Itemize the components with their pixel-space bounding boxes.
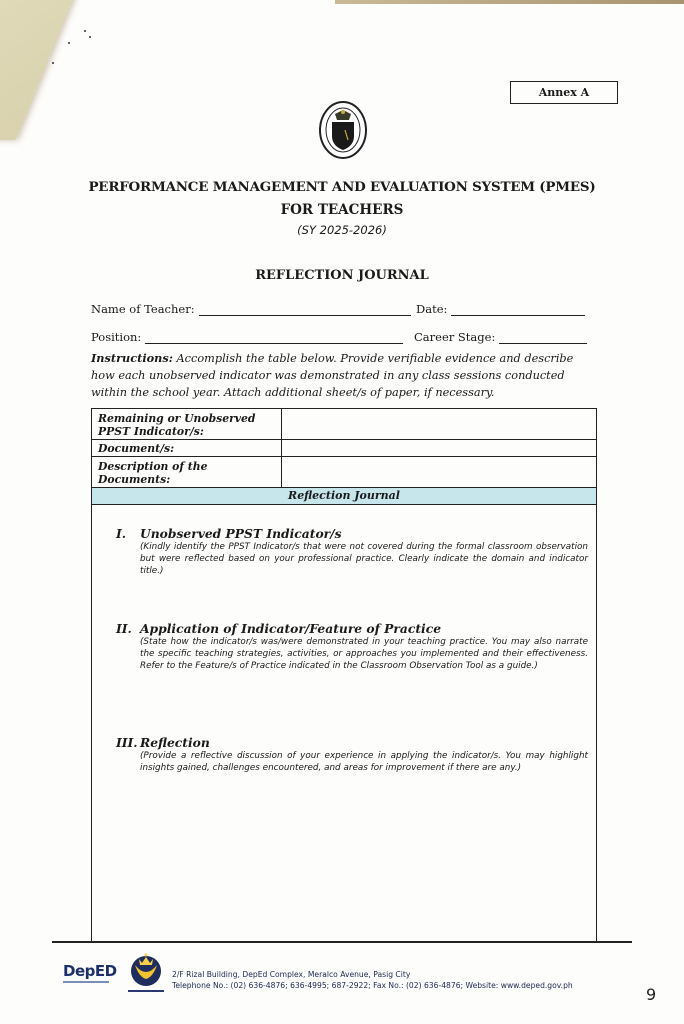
table-row: Description of the Documents:: [92, 457, 596, 488]
section-reflection[interactable]: III.Reflection (Provide a reflective dis…: [116, 736, 588, 774]
position-field[interactable]: Position:: [91, 330, 403, 344]
description-input[interactable]: [282, 457, 596, 487]
footer-divider: [52, 941, 632, 943]
name-of-teacher-input[interactable]: [199, 303, 411, 316]
career-stage-label: Career Stage:: [414, 330, 495, 344]
name-of-teacher-label: Name of Teacher:: [91, 302, 195, 316]
section-number: III.: [116, 736, 140, 750]
section-number: II.: [116, 622, 140, 636]
section-description: (State how the indicator/s was/were demo…: [140, 636, 588, 672]
instructions: Instructions: Accomplish the table below…: [91, 350, 597, 401]
deped-logo-tagline: [63, 981, 109, 983]
instructions-label: Instructions:: [91, 351, 173, 365]
career-stage-input[interactable]: [499, 331, 587, 344]
reflection-table: Remaining or Unobserved PPST Indicator/s…: [91, 408, 597, 942]
date-field[interactable]: Date:: [416, 302, 585, 316]
deped-logo: DepED: [63, 962, 117, 980]
position-label: Position:: [91, 330, 141, 344]
speck: [52, 62, 54, 64]
school-year: (SY 2025-2026): [0, 223, 684, 237]
speck: [84, 30, 86, 32]
document-subtitle: FOR TEACHERS: [0, 202, 684, 218]
deped-seal-icon: [318, 100, 368, 160]
section-application-of-indicator[interactable]: II.Application of Indicator/Feature of P…: [116, 622, 588, 672]
reflection-journal-band: Reflection Journal: [92, 488, 596, 505]
speck: [89, 36, 91, 38]
bagong-pilipinas-logo-icon: [129, 951, 163, 989]
date-input[interactable]: [451, 303, 585, 316]
speck: [68, 42, 70, 44]
row-label-description: Description of the Documents:: [92, 457, 282, 487]
paper-background-corner: [0, 0, 80, 140]
table-row: Document/s:: [92, 440, 596, 457]
bagong-pilipinas-tagline: [128, 990, 164, 992]
section-description: (Provide a reflective discussion of your…: [140, 750, 588, 774]
date-label: Date:: [416, 302, 447, 316]
row-label-indicators: Remaining or Unobserved PPST Indicator/s…: [92, 409, 282, 439]
table-row: Remaining or Unobserved PPST Indicator/s…: [92, 409, 596, 440]
background-surface-edge: [335, 0, 684, 4]
document-title: PERFORMANCE MANAGEMENT AND EVALUATION SY…: [0, 179, 684, 195]
position-input[interactable]: [145, 331, 403, 344]
row-label-documents: Document/s:: [92, 440, 282, 456]
indicators-input[interactable]: [282, 409, 596, 439]
footer-address: 2/F Rizal Building, DepEd Complex, Meral…: [172, 969, 573, 991]
section-title: Unobserved PPST Indicator/s: [140, 526, 342, 541]
section-description: (Kindly identify the PPST Indicator/s th…: [140, 541, 588, 577]
contact-line: Telephone No.: (02) 636-4876; 636-4995; …: [172, 980, 573, 991]
address-line: 2/F Rizal Building, DepEd Complex, Meral…: [172, 969, 573, 980]
section-title: Reflection: [140, 735, 210, 750]
section-number: I.: [116, 527, 140, 541]
form-title: REFLECTION JOURNAL: [0, 268, 684, 283]
documents-input[interactable]: [282, 440, 596, 456]
career-stage-field[interactable]: Career Stage:: [414, 330, 587, 344]
section-title: Application of Indicator/Feature of Prac…: [140, 621, 441, 636]
annex-label: Annex A: [510, 81, 618, 104]
handwritten-page-number: 9: [646, 985, 656, 1004]
name-of-teacher-field[interactable]: Name of Teacher:: [91, 302, 411, 316]
section-unobserved-indicators[interactable]: I.Unobserved PPST Indicator/s (Kindly id…: [116, 527, 588, 577]
